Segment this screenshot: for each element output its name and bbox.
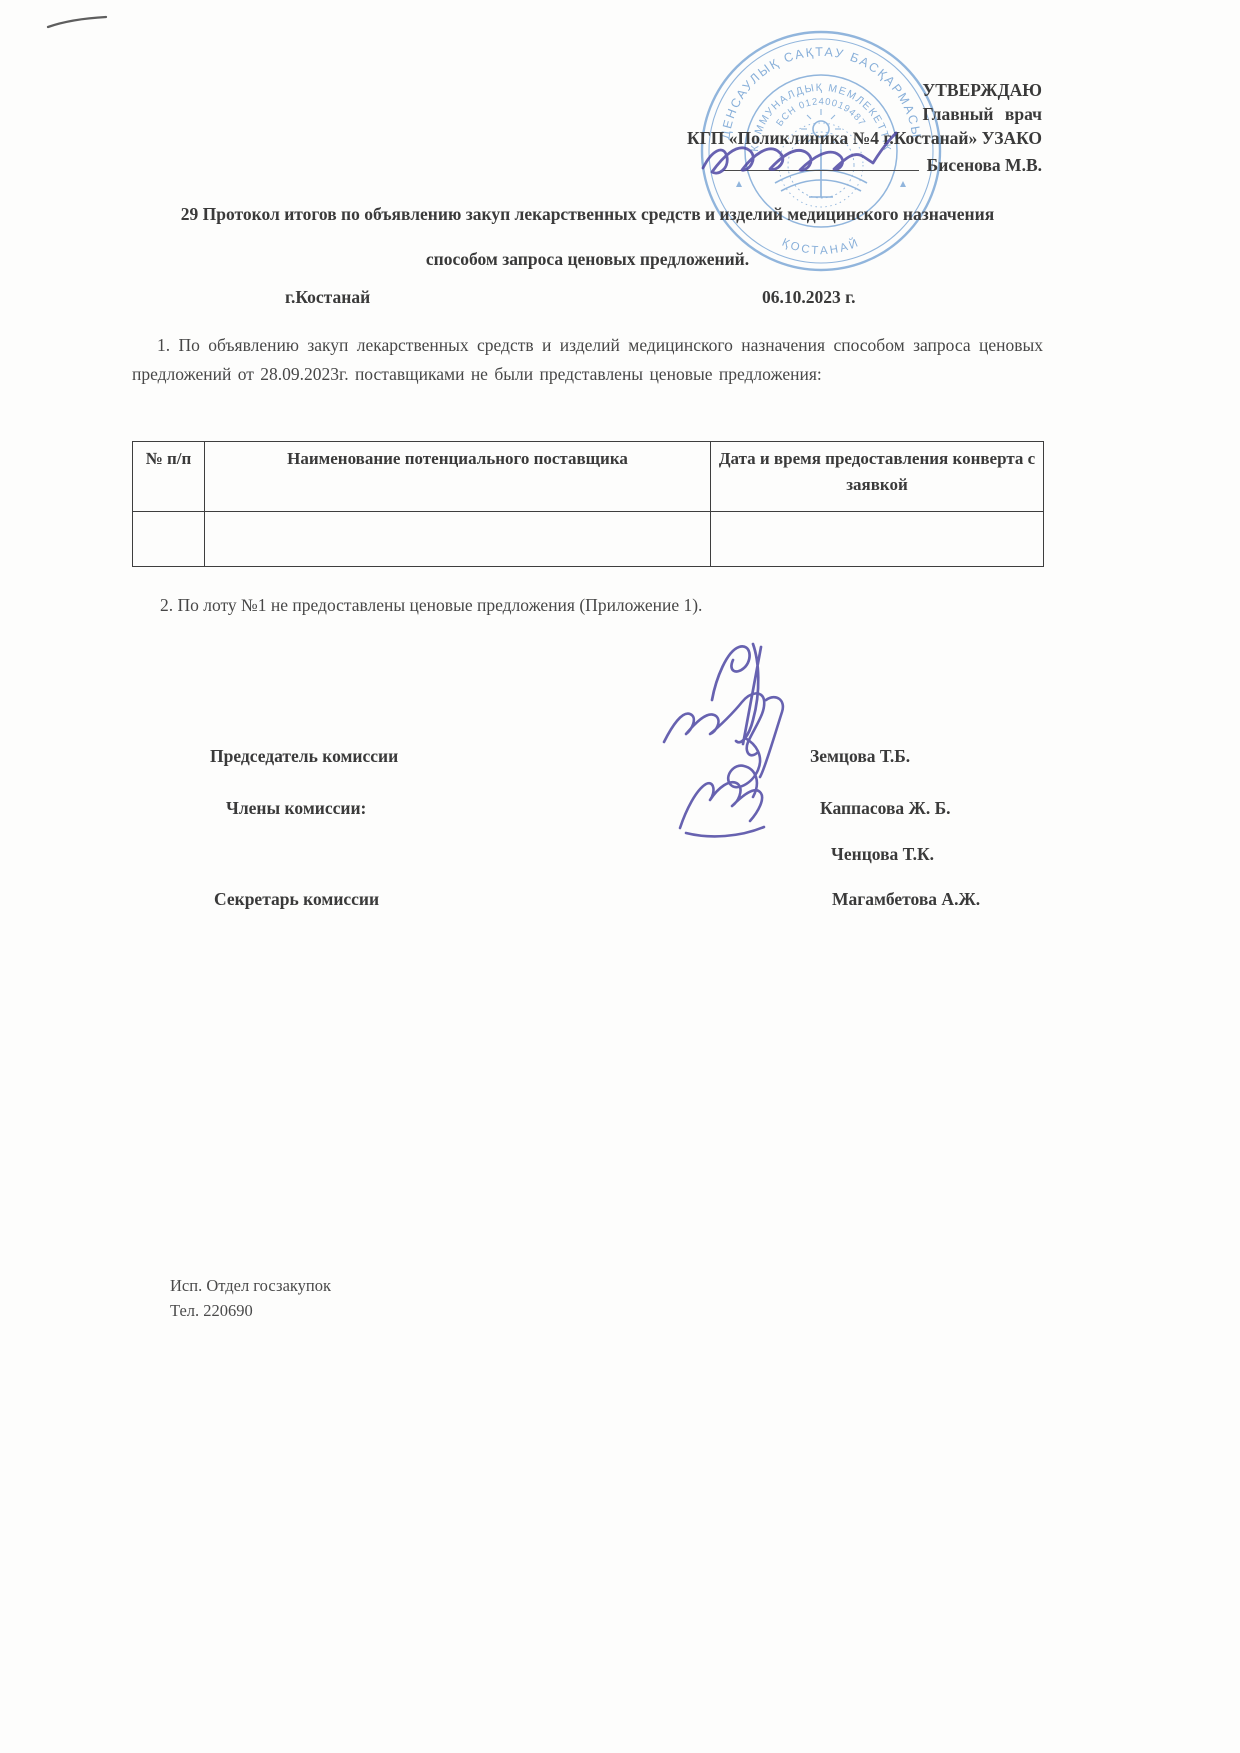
ink-signature-chentsova (728, 738, 760, 797)
signature-name-magambetova: Магамбетова А.Ж. (832, 889, 980, 910)
footer-executor: Исп. Отдел госзакупок (170, 1276, 331, 1296)
table-header-row: № п/п Наименование потенциального постав… (133, 442, 1044, 512)
document-title-line2: способом запроса ценовых предложений. (132, 249, 1043, 270)
suppliers-table-wrap: № п/п Наименование потенциального постав… (132, 441, 1044, 567)
signature-name-chentsova: Ченцова Т.К. (831, 844, 934, 865)
footer-phone: Тел. 220690 (170, 1301, 253, 1321)
signature-name-kappasova: Каппасова Ж. Б. (820, 798, 951, 819)
table-header-number: № п/п (133, 442, 205, 512)
approval-block: УТВЕРЖДАЮ Главный врач КГП «Поликлиника … (687, 78, 1042, 177)
table-cell-number (133, 512, 205, 567)
signature-role-secretary: Секретарь комиссии (214, 889, 379, 910)
ink-signature-kappasova (664, 693, 783, 777)
paragraph-1: 1. По объявлению закуп лекарственных сре… (132, 331, 1043, 389)
approval-org: КГП «Поликлиника №4 г.Костанай» УЗАКО (687, 126, 1042, 150)
document-page: ДЕНСАУЛЫҚ САҚТАУ БАСҚАРМАСЫ КОММУНАЛДЫҚ … (0, 0, 1240, 1753)
table-header-date: Дата и время предоставления конверта с з… (711, 442, 1044, 512)
signature-name-zemtsova: Земцова Т.Б. (810, 746, 910, 767)
signature-underline (723, 152, 919, 171)
city-label: г.Костанай (285, 287, 370, 308)
approval-heading: УТВЕРЖДАЮ (687, 78, 1042, 102)
ink-signature-magambetova (680, 782, 764, 836)
approval-signer: Бисенова М.В. (927, 155, 1042, 175)
pen-mark (48, 17, 106, 27)
signature-role-chairman: Председатель комиссии (210, 746, 398, 767)
document-title-line1: 29 Протокол итогов по объявлению закуп л… (132, 204, 1043, 225)
date-label: 06.10.2023 г. (762, 287, 855, 308)
ink-signature-zemtsova (712, 644, 761, 744)
paragraph-2: 2. По лоту №1 не предоставлены ценовые п… (160, 595, 702, 616)
table-cell-date (711, 512, 1044, 567)
table-header-supplier: Наименование потенциального поставщика (205, 442, 711, 512)
approval-role: Главный врач (687, 102, 1042, 126)
signature-role-members: Члены комиссии: (226, 798, 366, 819)
table-row (133, 512, 1044, 567)
table-cell-supplier (205, 512, 711, 567)
suppliers-table: № п/п Наименование потенциального постав… (132, 441, 1044, 567)
